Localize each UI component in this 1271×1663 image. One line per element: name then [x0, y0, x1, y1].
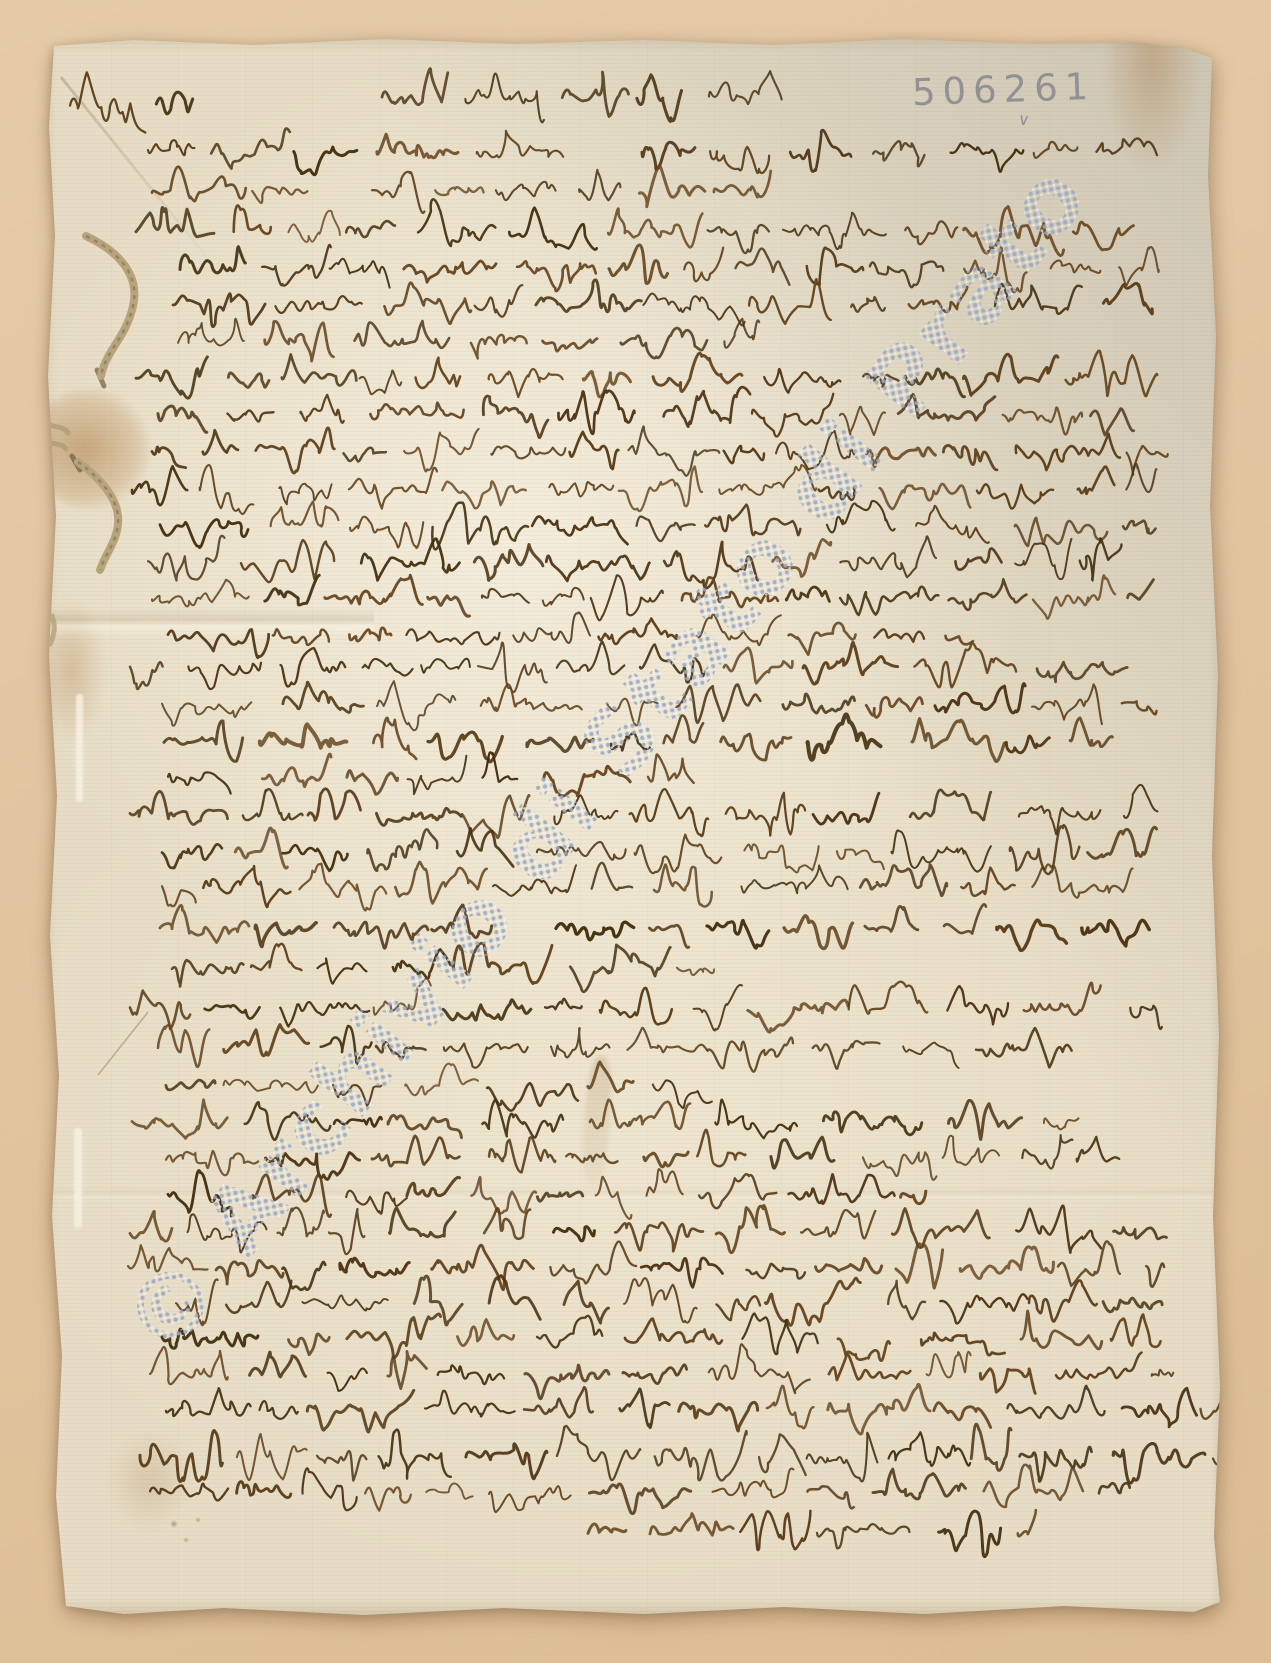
manuscript-word-stroke: [237, 1434, 307, 1480]
manuscript-word-stroke: [579, 170, 620, 200]
manuscript-word-stroke: [863, 1152, 937, 1180]
manuscript-word-stroke: [765, 1278, 860, 1325]
manuscript-word-stroke: [408, 756, 467, 795]
manuscript-word-stroke: [829, 1354, 910, 1380]
manuscript-word-stroke: [211, 129, 290, 169]
manuscript-word-stroke: [132, 466, 187, 505]
manuscript-word-stroke: [1006, 736, 1049, 753]
manuscript-word-stroke: [717, 1296, 761, 1320]
stain-left-blob: [44, 388, 150, 510]
manuscript-word-stroke: [234, 206, 271, 234]
manuscript-word-stroke: [664, 542, 757, 588]
manuscript-word-stroke: [898, 394, 995, 420]
manuscript-word-stroke: [630, 789, 709, 836]
manuscript-word-stroke: [228, 373, 269, 388]
manuscript-word-stroke: [880, 484, 971, 509]
stain-left-lower: [44, 596, 106, 746]
manuscript-word-stroke: [475, 285, 523, 316]
manuscript-word-stroke: [372, 172, 424, 213]
manuscript-word-stroke: [786, 587, 829, 601]
manuscript-word-stroke: [927, 1352, 971, 1378]
manuscript-word-stroke: [136, 208, 214, 237]
manuscript-word-stroke: [491, 446, 565, 458]
manuscript-word-stroke: [384, 283, 471, 324]
manuscript-word-stroke: [655, 1431, 747, 1481]
watermark-text: © Archivio di Stato di Prato: [101, 144, 1109, 1376]
manuscript-word-stroke: [432, 503, 528, 550]
manuscript-word-stroke: [977, 484, 1053, 508]
manuscript-word-stroke: [1003, 408, 1082, 435]
manuscript-word-stroke: [744, 844, 818, 872]
manuscript-word-stroke: [866, 697, 922, 717]
manuscript-word-stroke: [1103, 283, 1152, 313]
manuscript-word-stroke: [162, 886, 196, 906]
manuscript-word-stroke: [1073, 222, 1133, 250]
watermark-layer: © Archivio di Stato di Prato: [44, 36, 1224, 1620]
manuscript-word-stroke: [556, 922, 634, 940]
manuscript-word-stroke: [283, 845, 348, 871]
manuscript-word-stroke: [250, 1352, 306, 1377]
manuscript-word-stroke: [870, 261, 943, 287]
manuscript-word-stroke: [200, 465, 254, 514]
manuscript-word-stroke: [130, 991, 190, 1029]
manuscript-word-stroke: [708, 1037, 793, 1071]
manuscript-word-stroke: [916, 506, 989, 543]
manuscript-word-stroke: [457, 828, 513, 866]
manuscript-word-stroke: [404, 261, 496, 282]
paper-shadow-wrap: © Archivio di Stato di Prato 506261 ∨: [44, 36, 1224, 1620]
manuscript-word-stroke: [591, 575, 663, 620]
manuscript-word-stroke: [1058, 1241, 1120, 1285]
manuscript-word-stroke: [1082, 920, 1149, 946]
manuscript-word-stroke: [716, 1205, 784, 1252]
manuscript-word-stroke: [288, 211, 340, 242]
manuscript-word-stroke: [235, 828, 287, 868]
manuscript-word-stroke: [980, 1369, 1035, 1394]
manuscript-word-stroke: [896, 1244, 943, 1288]
manuscript-word-stroke: [956, 548, 1002, 569]
manuscript-word-stroke: [554, 795, 617, 824]
manuscript-word-stroke: [132, 1100, 227, 1139]
manuscript-word-stroke: [344, 448, 386, 462]
manuscript-word-stroke: [627, 1028, 707, 1052]
manuscript-word-stroke: [570, 945, 670, 992]
manuscript-word-stroke: [676, 684, 760, 722]
manuscript-word-stroke: [849, 982, 928, 1014]
manuscript-word-stroke: [1024, 983, 1101, 1015]
manuscript-word-stroke: [303, 1468, 357, 1510]
manuscript-word-stroke: [180, 247, 245, 273]
manuscript-word-stroke: [152, 580, 249, 607]
manuscript-word-stroke: [813, 1041, 880, 1069]
manuscript-word-stroke: [964, 246, 1026, 292]
manuscript-word-stroke: [946, 636, 974, 645]
manuscript-word-stroke: [947, 986, 1008, 1024]
thread-hole-slit-lower: [72, 456, 80, 470]
manuscript-word-stroke: [130, 662, 163, 689]
manuscript-word-stroke: [816, 1259, 882, 1274]
manuscript-word-stroke: [867, 448, 936, 467]
manuscript-word-stroke: [517, 261, 596, 291]
manuscript-word-stroke: [428, 732, 502, 762]
manuscript-word-stroke: [653, 1080, 712, 1108]
manuscript-word-stroke: [216, 1260, 283, 1284]
manuscript-word-stroke: [851, 297, 885, 312]
manuscript-word-stroke: [532, 516, 627, 544]
manuscript-word-stroke: [600, 988, 672, 1024]
manuscript-word-stroke: [819, 487, 855, 500]
manuscript-word-stroke: [416, 358, 461, 388]
manuscript-word-stroke: [564, 1281, 609, 1323]
manuscript-word-stroke: [203, 866, 290, 907]
manuscript-word-stroke: [949, 579, 1027, 609]
manuscript-word-stroke: [566, 1154, 617, 1163]
manuscript-word-stroke: [1022, 1135, 1072, 1168]
manuscript-word-stroke: [647, 1169, 683, 1195]
manuscript-word-stroke: [245, 1102, 331, 1140]
manuscript-word-stroke: [482, 752, 517, 782]
manuscript-word-stroke: [1103, 1298, 1162, 1312]
manuscript-word-stroke: [162, 1329, 258, 1348]
manuscript-word-stroke: [1051, 261, 1101, 273]
manuscript-word-stroke: [637, 517, 695, 542]
manuscript-word-stroke: [964, 354, 1058, 395]
manuscript-word-stroke: [361, 539, 459, 581]
manuscript-word-stroke: [346, 221, 395, 237]
stain-bottom-left: [104, 1426, 194, 1536]
manuscript-word-stroke: [1122, 1388, 1197, 1427]
pen-scratch-mark: [98, 1012, 148, 1075]
manuscript-word-stroke: [333, 1085, 381, 1106]
manuscript-word-stroke: [726, 793, 805, 836]
manuscript-word-stroke: [749, 279, 831, 324]
manuscript-word-stroke: [623, 1365, 687, 1384]
manuscript-word-stroke: [373, 718, 416, 759]
manuscript-word-stroke: [308, 789, 361, 820]
manuscript-word-stroke: [349, 628, 391, 641]
manuscript-word-stroke: [256, 428, 335, 473]
manuscript-word-stroke: [544, 766, 630, 796]
manuscript-word-stroke: [365, 1487, 411, 1510]
manuscript-word-stroke: [554, 1227, 595, 1241]
manuscript-word-stroke: [1016, 434, 1120, 470]
manuscript-word-stroke: [162, 702, 251, 725]
manuscript-word-stroke: [545, 999, 582, 1010]
manuscript-word-stroke: [783, 694, 855, 713]
manuscript-word-stroke: [150, 1347, 228, 1384]
manuscript-word-stroke: [524, 1387, 593, 1417]
manuscript-word-stroke: [432, 1245, 534, 1289]
manuscript-word-stroke: [349, 468, 437, 509]
manuscript-word-stroke: [1127, 446, 1168, 475]
manuscript-word-stroke: [1114, 1228, 1167, 1239]
manuscript-word-stroke: [483, 396, 548, 438]
manuscript-word-stroke: [873, 141, 925, 166]
manuscript-word-stroke: [471, 335, 527, 359]
manuscript-word-stroke: [253, 1175, 331, 1217]
manuscript-word-stroke: [509, 208, 596, 250]
manuscript-word-stroke: [543, 339, 598, 352]
manuscript-word-stroke: [644, 1152, 688, 1167]
manuscript-word-stroke: [1119, 247, 1159, 285]
manuscript-word-stroke: [148, 140, 194, 155]
manuscript-word-stroke: [664, 715, 704, 743]
manuscript-word-stroke: [301, 395, 344, 423]
manuscript-word-stroke: [158, 406, 207, 432]
manuscript-word-stroke: [570, 432, 619, 469]
abrasion-mark-lower: [74, 1128, 82, 1228]
manuscript-word-stroke: [764, 369, 840, 393]
manuscript-word-stroke: [493, 865, 576, 896]
manuscript-word-stroke: [150, 1484, 228, 1501]
manuscript-word-stroke: [241, 540, 334, 582]
manuscript-word-stroke: [709, 1344, 810, 1393]
manuscript-word-stroke: [477, 131, 564, 158]
manuscript-word-stroke: [279, 484, 331, 505]
manuscript-word-stroke: [790, 130, 851, 171]
manuscript-word-stroke: [1077, 1137, 1119, 1162]
manuscript-word-stroke: [807, 248, 863, 285]
manuscript-word-stroke: [710, 147, 769, 173]
manuscript-word-stroke: [609, 245, 668, 283]
manuscript-word-stroke: [1124, 785, 1158, 818]
manuscript-word-stroke: [471, 1177, 536, 1213]
manuscript-word-stroke: [130, 791, 228, 824]
manuscript-word-stroke: [724, 446, 764, 463]
paper-sheet: © Archivio di Stato di Prato 506261 ∨: [44, 36, 1224, 1620]
manuscript-word-stroke: [1032, 865, 1132, 898]
manuscript-word-stroke: [489, 1276, 540, 1320]
stain-top-right-streak: [1102, 36, 1202, 176]
manuscript-word-stroke: [905, 369, 964, 397]
manuscript-word-stroke: [252, 187, 307, 203]
manuscript-word-stroke: [368, 829, 438, 870]
manuscript-word-stroke: [771, 1137, 834, 1168]
manuscript-word-stroke: [164, 721, 243, 761]
manuscript-word-stroke: [951, 143, 1024, 172]
manuscript-word-stroke: [148, 536, 225, 581]
manuscript-word-stroke: [721, 734, 791, 760]
manuscript-word-stroke: [457, 1319, 513, 1345]
manuscript-word-stroke: [227, 411, 273, 422]
handwriting-layer: [44, 36, 1224, 1620]
manuscript-word-stroke: [328, 1369, 368, 1391]
manuscript-word-stroke: [299, 864, 386, 911]
manuscript-word-stroke: [453, 943, 552, 983]
manuscript-word-stroke: [865, 906, 918, 931]
manuscript-word-stroke: [466, 1444, 547, 1479]
manuscript-word-stroke: [939, 1511, 1001, 1557]
manuscript-word-stroke: [940, 1294, 1027, 1323]
manuscript-word-stroke: [166, 1080, 215, 1090]
manuscript-word-stroke: [620, 1389, 670, 1428]
manuscript-word-stroke: [590, 1484, 691, 1513]
manuscript-word-stroke: [943, 445, 997, 469]
manuscript-word-stroke: [273, 629, 329, 645]
manuscript-word-stroke: [251, 944, 302, 970]
manuscript-word-stroke: [205, 1005, 260, 1018]
manuscript-word-stroke: [705, 505, 800, 535]
manuscript-word-stroke: [168, 629, 269, 657]
manuscript-word-stroke: [237, 1482, 291, 1498]
manuscript-word-stroke: [136, 357, 207, 398]
manuscript-word-stroke: [432, 905, 492, 938]
manuscript-word-stroke: [260, 724, 347, 747]
manuscript-word-stroke: [513, 612, 590, 643]
manuscript-word-stroke: [347, 771, 398, 795]
manuscript-word-stroke: [1130, 1006, 1162, 1029]
manuscript-word-stroke: [629, 426, 720, 475]
manuscript-word-stroke: [863, 374, 898, 387]
manuscript-word-stroke: [176, 1279, 218, 1325]
manuscript-word-stroke: [736, 249, 790, 285]
manuscript-word-stroke: [901, 1191, 926, 1203]
manuscript-word-stroke: [715, 1100, 797, 1139]
archive-number-stamp: 506261: [911, 65, 1096, 114]
manuscript-word-stroke: [649, 925, 688, 947]
manuscript-word-stroke: [607, 699, 658, 726]
manuscript-word-stroke: [438, 1365, 504, 1384]
manuscript-word-stroke: [912, 719, 1005, 762]
manuscript-word-stroke: [1019, 806, 1101, 834]
manuscript-word-stroke: [421, 659, 470, 673]
manuscript-word-stroke: [1066, 351, 1158, 396]
manuscript-word-stroke: [406, 629, 499, 644]
manuscript-word-stroke: [1126, 464, 1156, 492]
manuscript-word-stroke: [949, 1100, 1022, 1139]
pencil-tick-mark: ∨: [1017, 109, 1031, 129]
manuscript-word-stroke: [642, 142, 695, 169]
manuscript-word-stroke: [1090, 409, 1133, 435]
manuscript-word-stroke: [188, 663, 261, 689]
manuscript-word-stroke: [203, 430, 238, 454]
manuscript-word-stroke: [964, 207, 1064, 256]
manuscript-word-stroke: [679, 1402, 758, 1430]
manuscript-word-stroke: [837, 849, 884, 869]
manuscript-word-stroke: [363, 659, 413, 676]
manuscript-word-stroke: [1080, 538, 1122, 580]
stain-center-drip: [579, 1055, 614, 1186]
manuscript-word-stroke: [537, 842, 626, 860]
fold-crease-left: [44, 608, 374, 638]
manuscript-word-stroke: [1016, 1206, 1101, 1253]
manuscript-word-stroke: [621, 328, 707, 358]
manuscript-word-stroke: [961, 868, 1014, 896]
manuscript-word-stroke: [262, 245, 331, 286]
manuscript-word-stroke: [262, 754, 331, 787]
manuscript-word-stroke: [340, 1258, 409, 1277]
manuscript-word-stroke: [891, 830, 991, 871]
manuscript-word-stroke: [278, 1208, 324, 1237]
manuscript-word-stroke: [840, 407, 885, 435]
manuscript-word-stroke: [1201, 1391, 1225, 1419]
manuscript-word-stroke: [960, 1247, 1053, 1279]
manuscript-word-stroke: [418, 199, 495, 246]
manuscript-word-stroke: [719, 465, 816, 495]
manuscript-word-stroke: [393, 949, 451, 978]
manuscript-word-stroke: [376, 808, 461, 825]
manuscript-word-stroke: [699, 1174, 776, 1208]
manuscript-word-stroke: [637, 75, 682, 122]
manuscript-word-stroke: [1015, 539, 1071, 579]
manuscript-word-stroke: [653, 353, 742, 391]
manuscript-word-stroke: [478, 643, 547, 693]
manuscript-word-stroke: [1034, 142, 1078, 158]
manuscript-word-stroke: [321, 1026, 372, 1064]
manuscript-word-stroke: [984, 1465, 1083, 1507]
manuscript-word-stroke: [615, 1223, 703, 1252]
manuscript-word-stroke: [275, 296, 361, 313]
manuscript-word-stroke: [465, 73, 544, 122]
manuscript-word-stroke: [840, 587, 938, 615]
manuscript-word-stroke: [995, 284, 1082, 314]
manuscript-word-stroke: [557, 641, 625, 674]
manuscript-word-stroke: [281, 648, 346, 687]
manuscript-word-stroke: [944, 904, 986, 933]
manuscript-word-stroke: [360, 370, 402, 394]
manuscript-word-stroke: [707, 920, 769, 948]
manuscript-word-stroke: [767, 1386, 814, 1428]
manuscript-word-stroke: [388, 1352, 427, 1389]
manuscript-word-stroke: [294, 147, 357, 175]
manuscript-word-stroke: [388, 1115, 461, 1137]
manuscript-word-stroke: [588, 1524, 626, 1533]
manuscript-word-stroke: [724, 648, 793, 683]
manuscript-word-stroke: [442, 481, 526, 508]
manuscript-word-stroke: [783, 213, 886, 249]
manuscript-word-stroke: [1032, 684, 1102, 724]
manuscript-word-stroke: [347, 1314, 441, 1358]
manuscript-word-stroke: [307, 1390, 413, 1432]
manuscript-word-stroke: [746, 1264, 805, 1279]
manuscript-word-stroke: [255, 923, 316, 947]
manuscript-word-stroke: [444, 1044, 528, 1068]
manuscript-word-stroke: [243, 789, 303, 820]
manuscript-word-stroke: [752, 394, 833, 437]
manuscript-word-stroke: [828, 1384, 930, 1434]
manuscript-word-stroke: [474, 545, 542, 581]
manuscript-word-stroke: [1099, 1483, 1130, 1493]
manuscript-word-stroke: [860, 865, 947, 896]
manuscript-word-stroke: [166, 1388, 251, 1416]
manuscript-word-stroke: [443, 1000, 531, 1020]
manuscript-word-stroke: [527, 737, 593, 751]
manuscript-word-stroke: [801, 1210, 875, 1238]
manuscript-word-stroke: [537, 1316, 602, 1348]
manuscript-word-stroke: [70, 72, 145, 132]
manuscript-word-stroke: [740, 1511, 810, 1550]
manuscript-word-stroke: [1010, 825, 1079, 874]
manuscript-word-stroke: [921, 1333, 1004, 1355]
manuscript-word-stroke: [640, 166, 705, 207]
manuscript-word-stroke: [188, 1214, 267, 1252]
manuscript-word-stroke: [484, 1208, 530, 1238]
manuscript-word-stroke: [152, 447, 186, 468]
manuscript-word-stroke: [773, 539, 831, 576]
manuscript-word-stroke: [260, 1401, 298, 1419]
fold-crease-top-left: [60, 76, 220, 272]
manuscript-word-stroke: [166, 1151, 258, 1175]
manuscript-word-stroke: [840, 536, 936, 577]
manuscript-word-stroke: [489, 1486, 571, 1512]
manuscript-word-stroke: [643, 294, 745, 326]
manuscript-word-stroke: [549, 482, 613, 496]
manuscript-word-stroke: [684, 248, 723, 282]
manuscript-word-stroke: [376, 1042, 425, 1058]
manuscript-word-stroke: [748, 1000, 848, 1032]
manuscript-word-stroke: [425, 1391, 515, 1417]
manuscript-word-stroke: [489, 1137, 555, 1172]
